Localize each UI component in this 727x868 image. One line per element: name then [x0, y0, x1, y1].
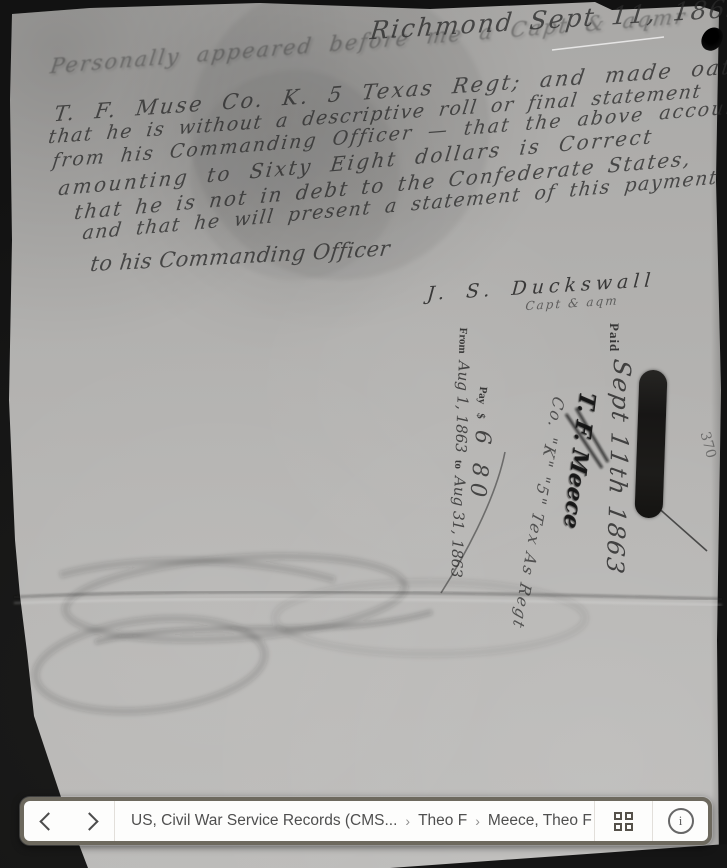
info-glyph: i — [679, 813, 683, 829]
next-image-button[interactable] — [69, 801, 114, 841]
thumbnail-grid-button[interactable] — [595, 801, 652, 841]
stamp-pay-label: Pay — [476, 386, 490, 405]
breadcrumb-record-link[interactable]: Meece, Theo F (24) — [488, 812, 594, 830]
breadcrumb-person-link[interactable]: Theo F — [418, 812, 467, 830]
stamp-paid-label: Paid — [606, 323, 622, 352]
chevron-left-icon — [39, 812, 57, 830]
ink-stamp-blob — [634, 370, 667, 519]
info-button[interactable]: i — [653, 801, 708, 841]
breadcrumb-collection-link[interactable]: US, Civil War Service Records (CMS... — [131, 812, 397, 830]
breadcrumb-separator: › — [467, 813, 488, 829]
grid-view-icon — [614, 812, 633, 831]
image-viewer-toolbar: US, Civil War Service Records (CMS... › … — [20, 797, 712, 845]
stamp-from-label: From — [456, 327, 469, 353]
chevron-right-icon — [80, 812, 98, 830]
breadcrumb-separator: › — [397, 813, 418, 829]
breadcrumb: US, Civil War Service Records (CMS... › … — [115, 801, 594, 841]
info-icon: i — [668, 808, 694, 834]
image-viewer: Richmond Sept 11, 1863. Personally appea… — [0, 0, 727, 868]
previous-image-button[interactable] — [24, 801, 69, 841]
stamp-to-label: to — [452, 460, 464, 470]
dollar-sign: $ — [474, 413, 486, 420]
